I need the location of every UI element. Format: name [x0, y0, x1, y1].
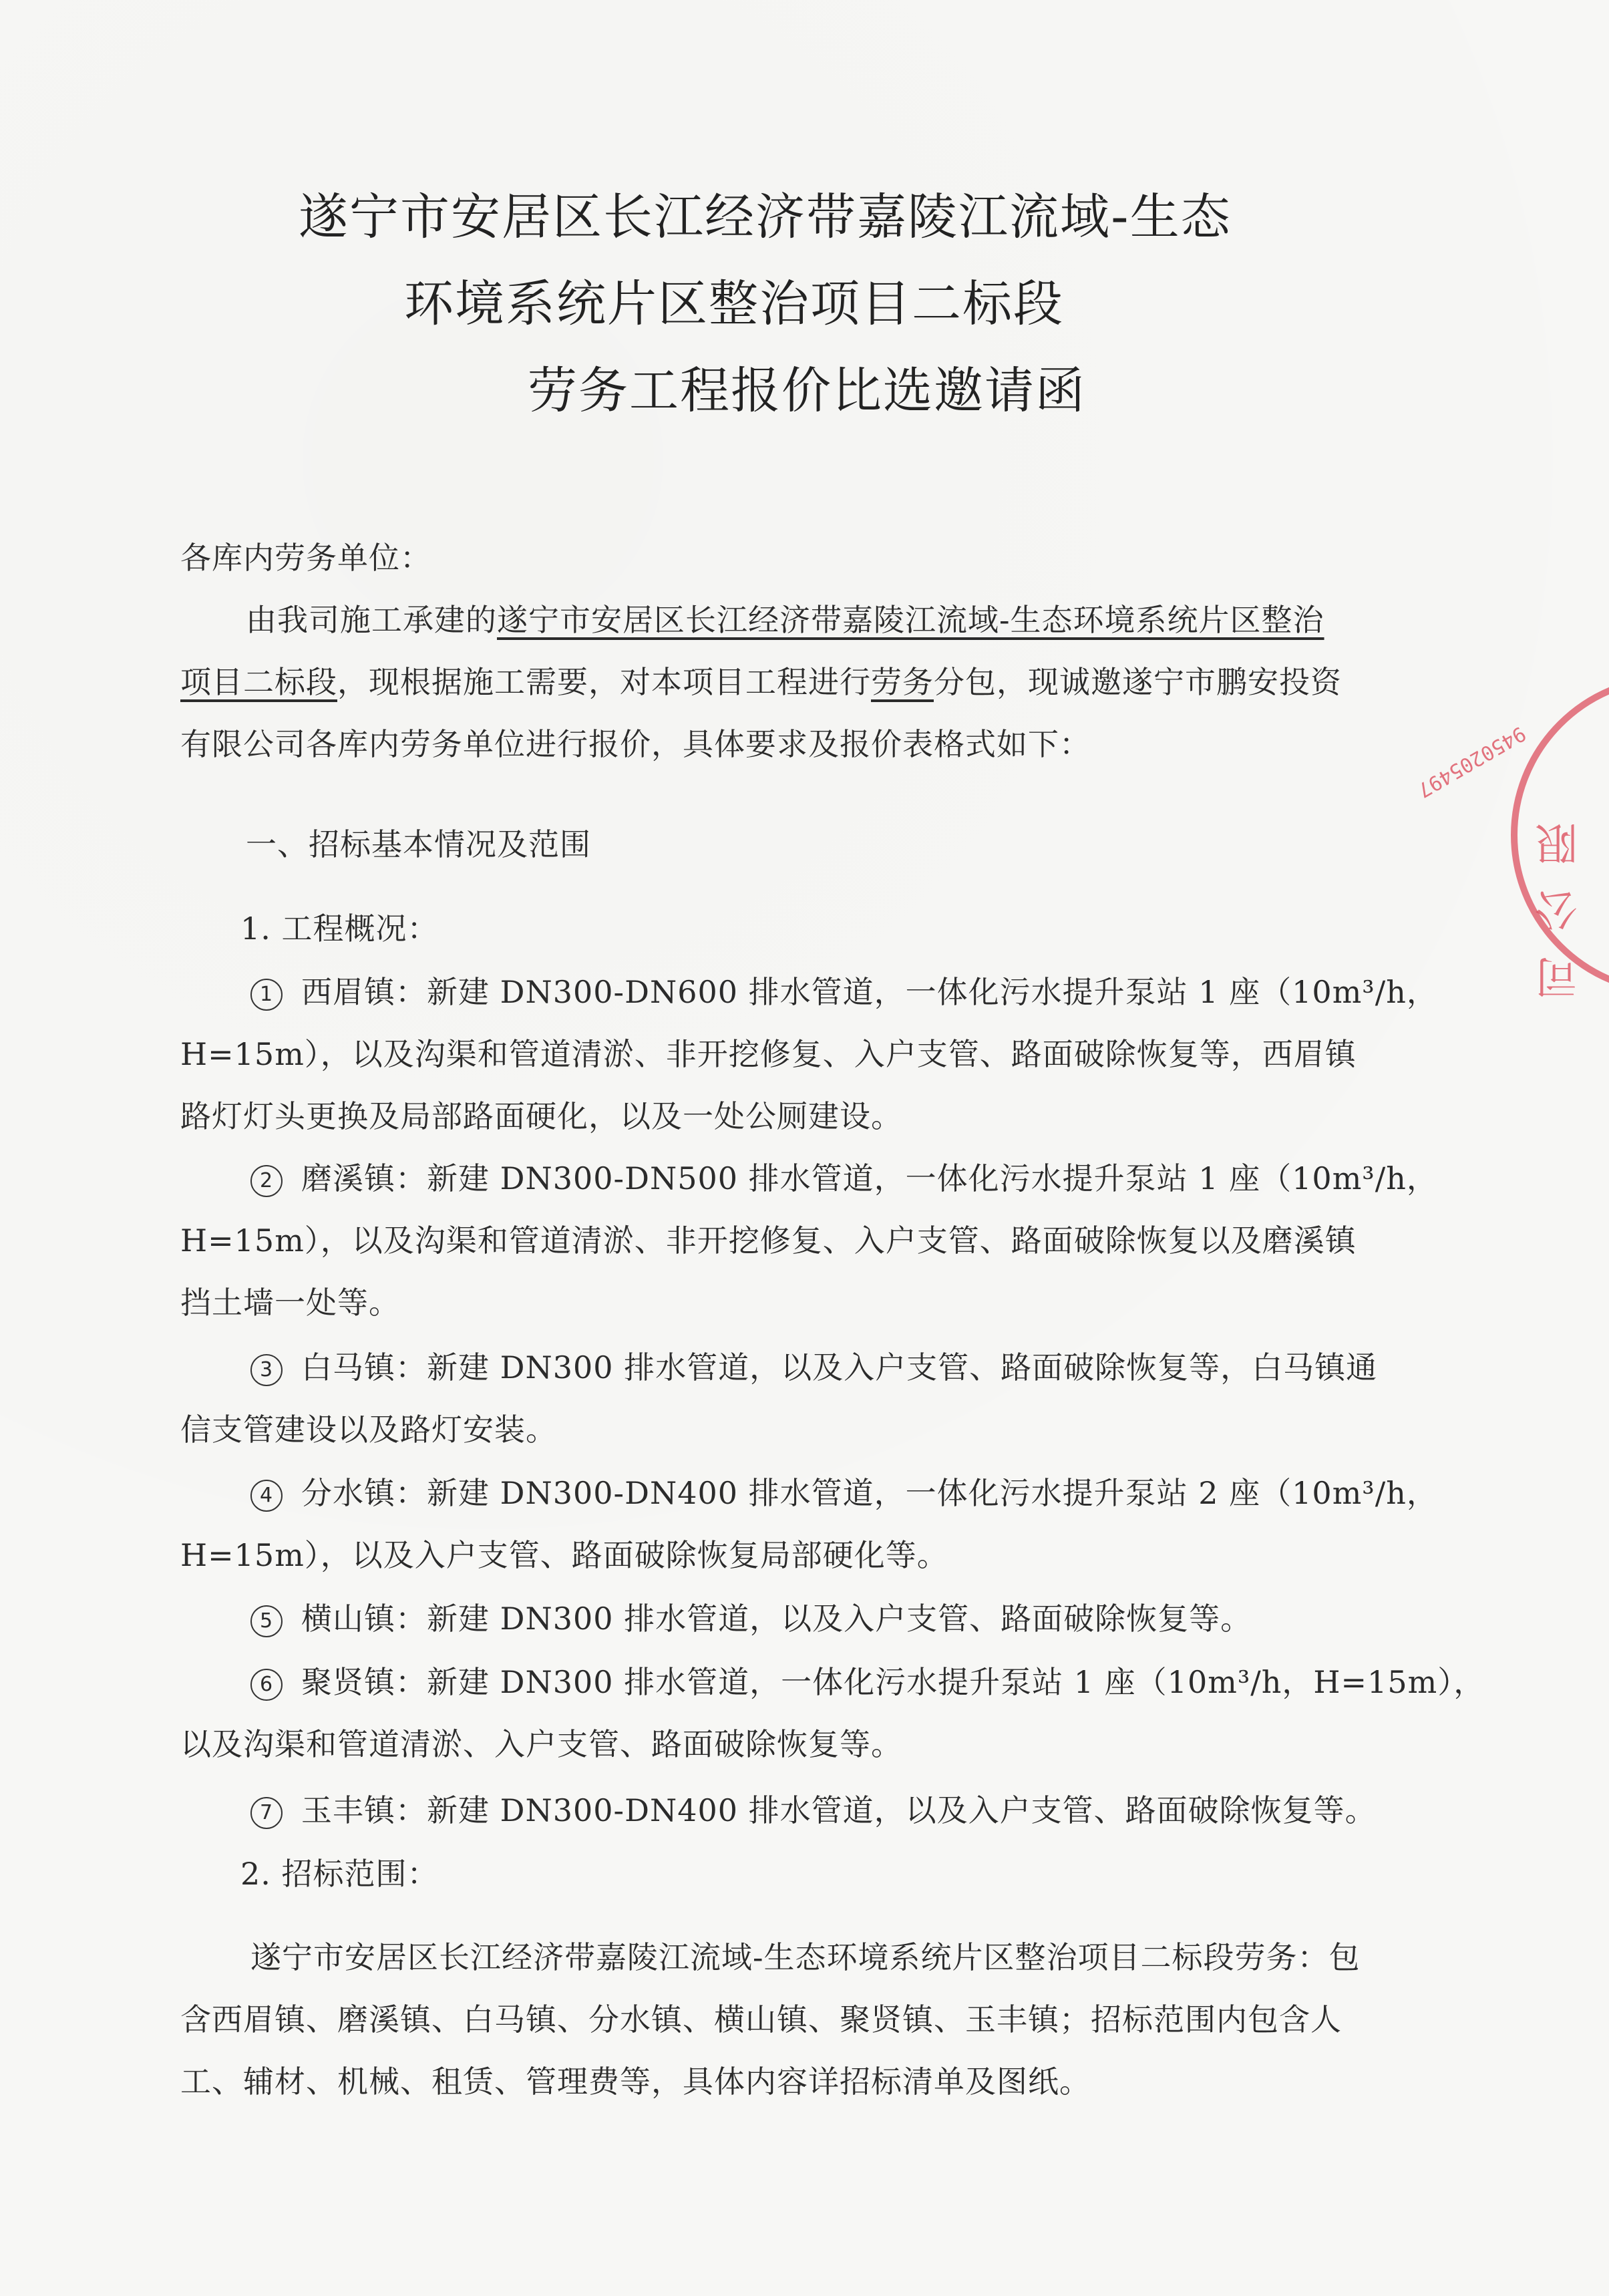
intro-line-1: 由我司施工承建的遂宁市安居区长江经济带嘉陵江流域-生态环境系统片区整治	[246, 600, 1324, 640]
circled-number-4: 4	[250, 1480, 283, 1512]
section-1-heading: 一、招标基本情况及范围	[246, 824, 591, 864]
circled-number-3: 3	[250, 1354, 283, 1386]
item-4-line-2: H=15m），以及入户支管、路面破除恢复局部硬化等。	[180, 1535, 948, 1575]
circled-number-5: 5	[250, 1605, 283, 1637]
document-title-line-3: 劳务工程报价比选邀请函	[528, 361, 1086, 421]
intro-line-2: 项目二标段，现根据施工需要，对本项目工程进行劳务分包，现诚邀遂宁市鹏安投资	[180, 662, 1342, 702]
item-1-line-2: H=15m），以及沟渠和管道清淤、非开挖修复、入户支管、路面破除恢复等，西眉镇	[180, 1034, 1357, 1074]
item-7-line-1: 7玉丰镇：新建 DN300-DN400 排水管道，以及入户支管、路面破除恢复等。	[250, 1790, 1377, 1830]
item-6-line-1: 6聚贤镇：新建 DN300 排水管道，一体化污水提升泵站 1 座（10m³/h，…	[250, 1662, 1485, 1702]
document-page: 遂宁市安居区长江经济带嘉陵江流域-生态 环境系统片区整治项目二标段 劳务工程报价…	[0, 0, 1609, 2296]
circled-number-7: 7	[250, 1797, 283, 1829]
item-6-line-2: 以及沟渠和管道清淤、入户支管、路面破除恢复等。	[180, 1724, 902, 1764]
circled-number-2: 2	[250, 1165, 283, 1197]
item-2-line-1: 2磨溪镇：新建 DN300-DN500 排水管道，一体化污水提升泵站 1 座（1…	[250, 1158, 1438, 1198]
subsection-1-heading: 1. 工程概况：	[240, 909, 439, 949]
scope-line-1: 遂宁市安居区长江经济带嘉陵江流域-生态环境系统片区整治项目二标段劳务：包	[250, 1937, 1361, 1977]
subsection-2-heading: 2. 招标范围：	[240, 1854, 439, 1894]
scope-line-2: 含西眉镇、磨溪镇、白马镇、分水镇、横山镇、聚贤镇、玉丰镇；招标范围内包含人	[180, 1999, 1342, 2039]
circled-number-6: 6	[250, 1669, 283, 1701]
item-2-line-2: H=15m），以及沟渠和管道清淤、非开挖修复、入户支管、路面破除恢复以及磨溪镇	[180, 1220, 1357, 1261]
intro-line-3: 有限公司各库内劳务单位进行报价，具体要求及报价表格式如下：	[180, 724, 1091, 764]
scope-line-3: 工、辅材、机械、租赁、管理费等，具体内容详招标清单及图纸。	[180, 2062, 1091, 2102]
item-3-line-2: 信支管建设以及路灯安装。	[180, 1410, 557, 1450]
seal-characters: 司 公 限	[1523, 808, 1590, 1009]
seal-number: 9450205497	[1413, 721, 1530, 802]
item-1-line-1: 1西眉镇：新建 DN300-DN600 排水管道，一体化污水提升泵站 1 座（1…	[250, 972, 1438, 1012]
intro-suffix: 分包，现诚邀遂宁市鹏安投资	[934, 664, 1342, 700]
item-3-line-1: 3白马镇：新建 DN300 排水管道，以及入户支管、路面破除恢复等，白马镇通	[250, 1347, 1377, 1387]
intro-mid: ，现根据施工需要，对本项目工程进行	[337, 664, 871, 700]
item-2-line-3: 挡土墙一处等。	[180, 1283, 400, 1323]
intro-prefix: 由我司施工承建的	[246, 602, 497, 638]
project-name-underlined-cont: 项目二标段	[180, 664, 337, 700]
item-5-line-1: 5横山镇：新建 DN300 排水管道，以及入户支管、路面破除恢复等。	[250, 1599, 1252, 1639]
labor-underlined: 劳务	[871, 664, 934, 700]
item-4-line-1: 4分水镇：新建 DN300-DN400 排水管道，一体化污水提升泵站 2 座（1…	[250, 1473, 1438, 1513]
salutation: 各库内劳务单位：	[180, 538, 431, 578]
project-name-underlined: 遂宁市安居区长江经济带嘉陵江流域-生态环境系统片区整治	[497, 602, 1324, 638]
document-title-line-1: 遂宁市安居区长江经济带嘉陵江流域-生态	[299, 187, 1232, 247]
document-title-line-2: 环境系统片区整治项目二标段	[404, 274, 1064, 334]
circled-number-1: 1	[250, 979, 283, 1011]
item-1-line-3: 路灯灯头更换及局部路面硬化，以及一处公厕建设。	[180, 1096, 902, 1136]
